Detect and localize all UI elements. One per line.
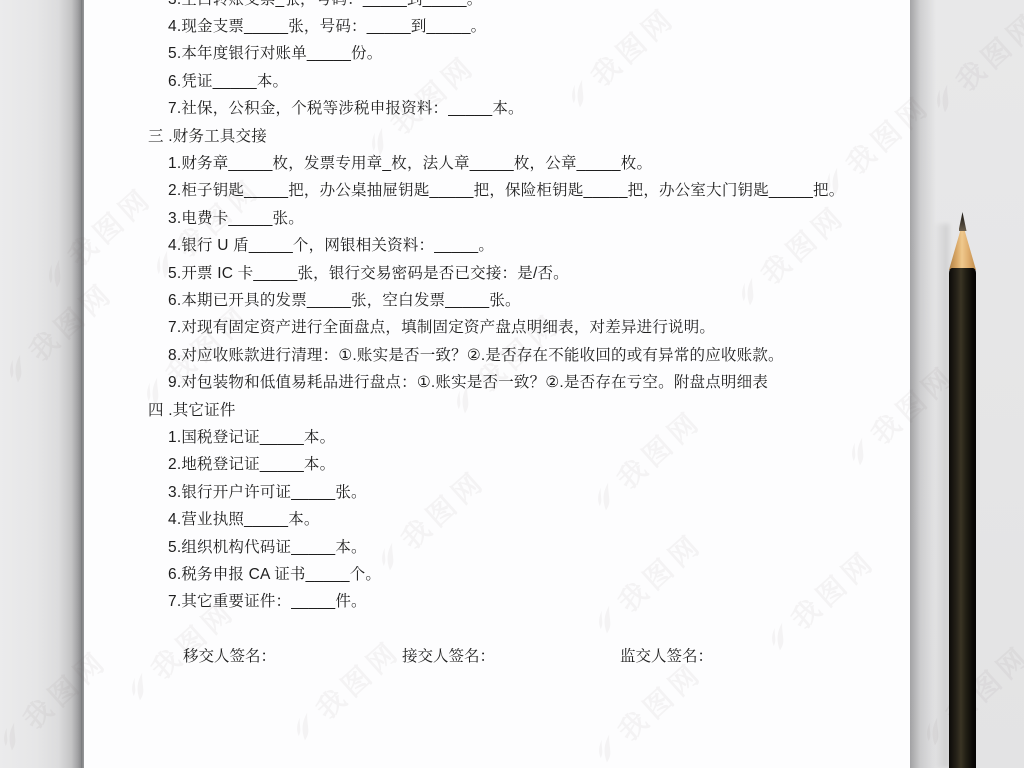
doc-line: 3.银行开户许可证_____张。 <box>84 477 910 504</box>
doc-line: 1.财务章_____枚，发票专用章_枚，法人章_____枚，公章_____枚。 <box>84 148 910 175</box>
pencil-black-body <box>949 268 976 768</box>
left-paper-edge <box>0 0 81 768</box>
pencil-image <box>949 212 976 768</box>
doc-line: 4.现金支票_____张，号码：_____到_____。 <box>84 11 910 38</box>
section-heading: 四 .其它证件 <box>84 395 910 422</box>
signature-label: 移交人签名： <box>183 644 276 666</box>
doc-line: 6.本期已开具的发票_____张，空白发票_____张。 <box>84 285 910 312</box>
page-right-shadow <box>910 0 936 768</box>
doc-line: 2.柜子钥匙_____把，办公桌抽屉钥匙_____把，保险柜钥匙_____把，办… <box>84 176 910 203</box>
signature-label: 接交人签名： <box>402 644 495 666</box>
document-body: 3.空白转账支票_张，号码：_____到_____。4.现金支票_____张，号… <box>84 0 910 669</box>
pencil-lead-tip <box>959 212 967 231</box>
watermark: 我图网 <box>921 2 1024 123</box>
signature-label: 监交人签名： <box>620 644 713 666</box>
doc-line: 7.社保，公积金，个税等涉税申报资料：_____本。 <box>84 94 910 121</box>
doc-line: 5.组织机构代码证_____本。 <box>84 532 910 559</box>
doc-line: 3.空白转账支票_张，号码：_____到_____。 <box>84 0 910 11</box>
doc-line: 2.地税登记证_____本。 <box>84 450 910 477</box>
watermark-text: 我图网 <box>946 2 1024 100</box>
doc-line: 6.凭证_____本。 <box>84 66 910 93</box>
doc-line: 7.其它重要证件：_____件。 <box>84 587 910 614</box>
doc-line: 5.本年度银行对账单_____份。 <box>84 39 910 66</box>
doc-line: 3.电费卡_____张。 <box>84 203 910 230</box>
doc-line: 8.对应收账款进行清理：①.账实是否一致？②.是否存在不能收回的或有异常的应收账… <box>84 340 910 367</box>
doc-line: 7.对现有固定资产进行全面盘点，填制固定资产盘点明细表，对差异进行说明。 <box>84 313 910 340</box>
pencil-shadow <box>934 224 949 768</box>
doc-line: 5.开票 IC 卡_____张，银行交易密码是否已交接：是/否。 <box>84 258 910 285</box>
doc-line: 4.银行 U 盾_____个，网银相关资料：_____。 <box>84 231 910 258</box>
section-heading: 三 .财务工具交接 <box>84 121 910 148</box>
doc-line: 4.营业执照_____本。 <box>84 504 910 531</box>
signature-row: 移交人签名：接交人签名：监交人签名： <box>84 641 910 668</box>
doc-line: 9.对包装物和低值易耗品进行盘点：①.账实是否一致？②.是否存在亏空。附盘点明细… <box>84 367 910 394</box>
stock-template-preview: 我图网我图网我图网我图网我图网我图网我图网我图网我图网我图网我图网我图网我图网我… <box>0 0 1024 768</box>
doc-line: 1.国税登记证_____本。 <box>84 422 910 449</box>
doc-line: 6.税务申报 CA 证书_____个。 <box>84 559 910 586</box>
